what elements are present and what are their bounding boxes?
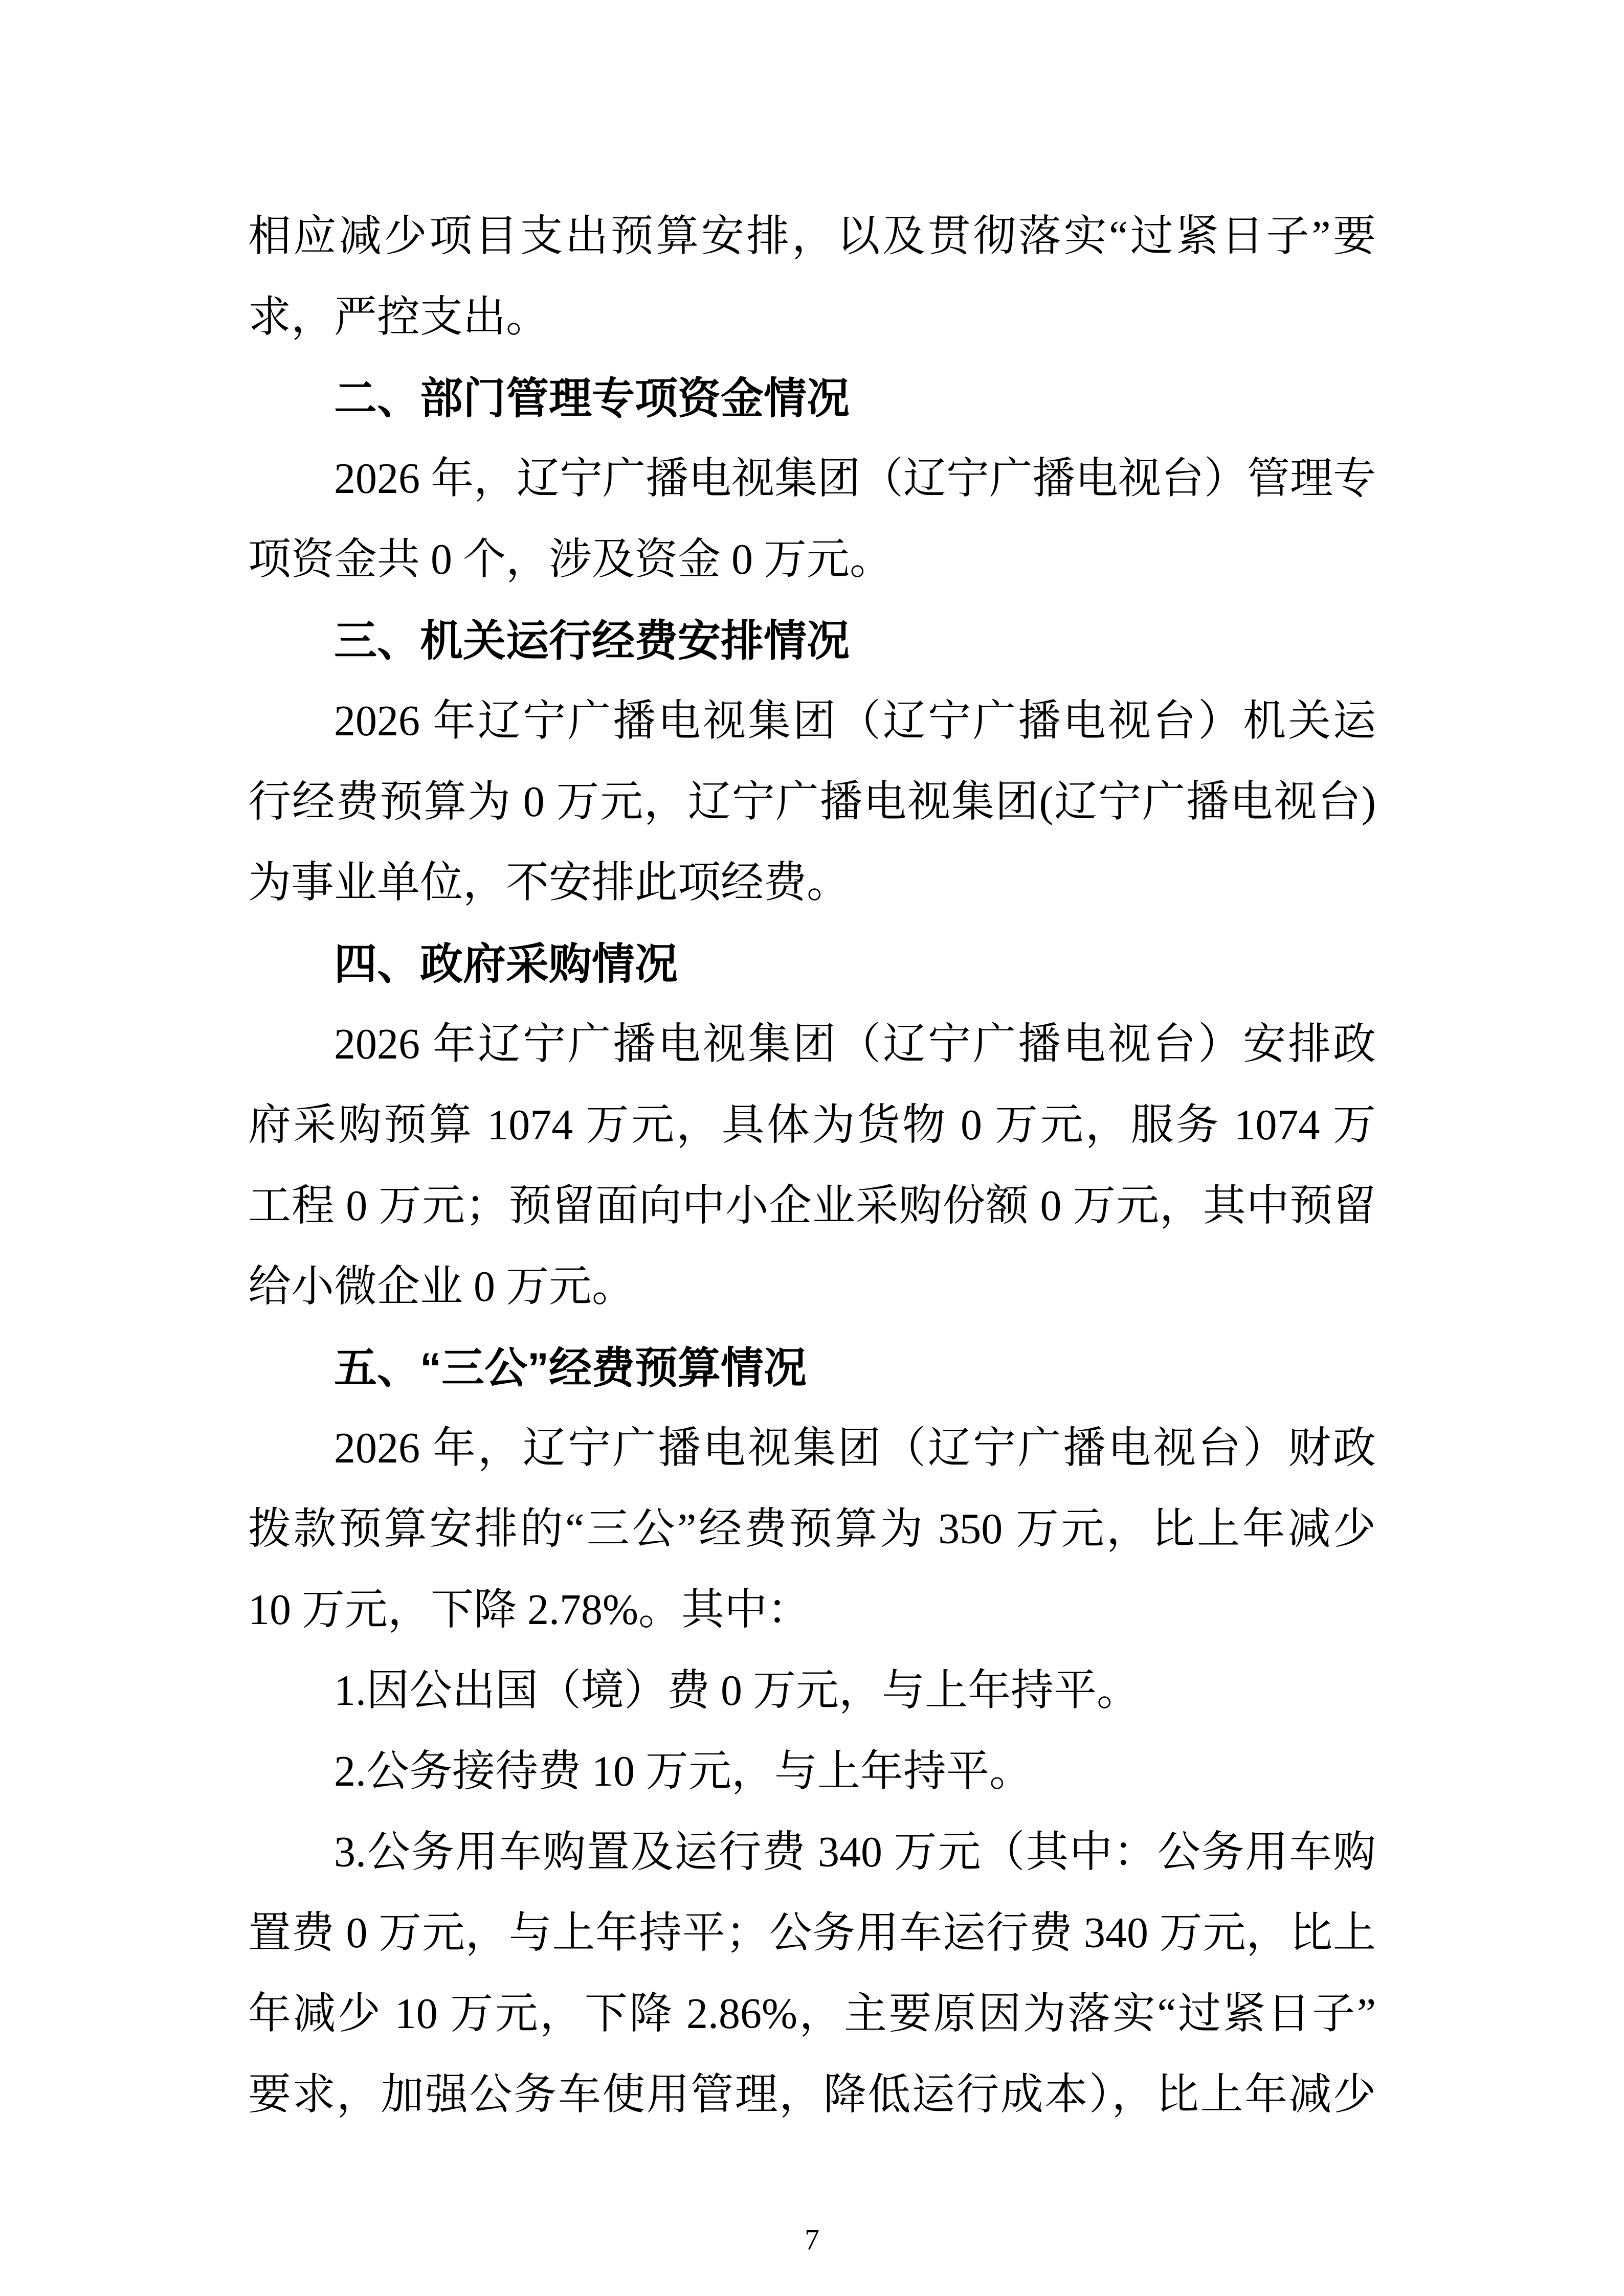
section-heading: 三、机关运行经费安排情况 xyxy=(248,600,1376,681)
page-footer: 7 xyxy=(0,2222,1624,2258)
section-heading: 二、部门管理专项资金情况 xyxy=(248,358,1376,439)
body-text-line: 项资金共 0 个，涉及资金 0 万元。 xyxy=(248,520,1376,600)
body-text-line: 给小微企业 0 万元。 xyxy=(248,1247,1376,1327)
body-text-line: 府采购预算 1074 万元，具体为货物 0 万元，服务 1074 万元， xyxy=(248,1085,1376,1166)
body-text-line: 行经费预算为 0 万元，辽宁广播电视集团(辽宁广播电视台) xyxy=(248,762,1376,843)
body-text-line: 年减少 10 万元，下降 2.86%，主要原因为落实“过紧日子” xyxy=(248,1974,1376,2055)
document-page: 相应减少项目支出预算安排，以及贯彻落实“过紧日子”要求，严控支出。二、部门管理专… xyxy=(0,0,1624,2296)
body-text-line: 2026 年，辽宁广播电视集团（辽宁广播电视台）财政 xyxy=(248,1408,1376,1489)
body-text-line: 置费 0 万元，与上年持平；公务用车运行费 340 万元，比上 xyxy=(248,1893,1376,1974)
body-text-line: 拨款预算安排的“三公”经费预算为 350 万元，比上年减少 xyxy=(248,1489,1376,1570)
body-text-line: 2026 年辽宁广播电视集团（辽宁广播电视台）安排政 xyxy=(248,1004,1376,1085)
body-text-line: 3.公务用车购置及运行费 340 万元（其中：公务用车购 xyxy=(248,1812,1376,1893)
body-text-line: 2.公务接待费 10 万元，与上年持平。 xyxy=(248,1731,1376,1812)
body-text-line: 2026 年，辽宁广播电视集团（辽宁广播电视台）管理专 xyxy=(248,439,1376,520)
body-text-line: 相应减少项目支出预算安排，以及贯彻落实“过紧日子”要 xyxy=(248,196,1376,277)
body-text-line: 10 万元，下降 2.78%。其中： xyxy=(248,1570,1376,1651)
body-text-line: 要求，加强公务车使用管理，降低运行成本），比上年减少 xyxy=(248,2055,1376,2135)
body-text-line: 工程 0 万元；预留面向中小企业采购份额 0 万元，其中预留 xyxy=(248,1166,1376,1247)
document-body: 相应减少项目支出预算安排，以及贯彻落实“过紧日子”要求，严控支出。二、部门管理专… xyxy=(248,196,1376,2135)
page-number: 7 xyxy=(805,2223,819,2256)
section-heading: 五、“三公”经费预算情况 xyxy=(248,1327,1376,1408)
body-text-line: 1.因公出国（境）费 0 万元，与上年持平。 xyxy=(248,1651,1376,1731)
section-heading: 四、政府采购情况 xyxy=(248,924,1376,1004)
body-text-line: 2026 年辽宁广播电视集团（辽宁广播电视台）机关运 xyxy=(248,681,1376,762)
body-text-line: 为事业单位，不安排此项经费。 xyxy=(248,843,1376,924)
body-text-line: 求，严控支出。 xyxy=(248,277,1376,358)
